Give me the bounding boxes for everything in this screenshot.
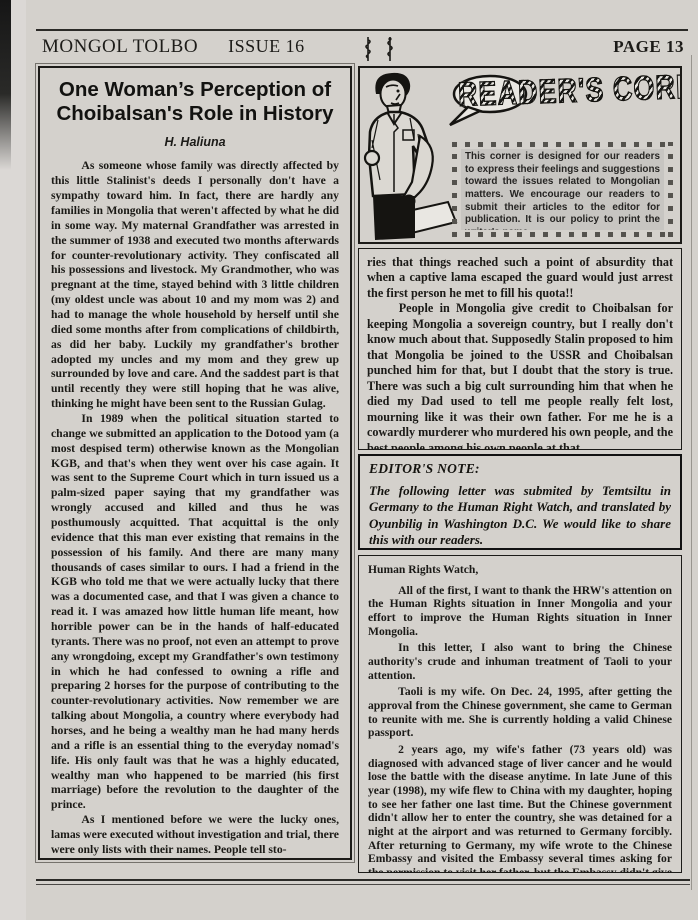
editors-note-body: The following letter was submited by Tem… (369, 483, 671, 549)
letter-salutation: Human Rights Watch, (368, 563, 672, 577)
mongolian-script-icon (363, 36, 395, 62)
letter-paragraph: In this letter, I also want to bring the… (368, 641, 672, 682)
issue-number: ISSUE 16 (228, 36, 305, 57)
left-article-box: One Woman’s Perception of Choibalsan's R… (38, 66, 352, 860)
readers-corner-blurb: This corner is designed for our readers … (461, 149, 664, 230)
article-title: One Woman’s Perception of Choibalsan's R… (55, 78, 335, 126)
masthead: MONGOL TOLBO ISSUE 16 PAGE 13 (42, 36, 684, 62)
editors-note-heading: EDITOR'S NOTE: (369, 461, 671, 477)
continuation-paragraph: ries that things reached such a point of… (367, 255, 673, 301)
header-rule (36, 29, 688, 31)
article-body: As someone whose family was directly aff… (51, 159, 339, 857)
squares-border-frame: This corner is designed for our readers … (452, 142, 673, 237)
newsletter-title: MONGOL TOLBO (42, 36, 198, 58)
footer-rule (36, 879, 690, 885)
letter-paragraph: All of the first, I want to thank the HR… (368, 584, 672, 639)
letter-box: Human Rights Watch, All of the first, I … (358, 555, 682, 873)
editors-note-box: EDITOR'S NOTE: The following letter was … (358, 454, 682, 550)
page-edge-line (691, 55, 692, 890)
article-paragraph: As someone whose family was directly aff… (51, 159, 339, 412)
page-number: PAGE 13 (613, 37, 684, 57)
article-paragraph: As I mentioned before we were the lucky … (51, 813, 339, 858)
readers-corner-title: READER'S CORNER (457, 68, 676, 114)
scan-edge-artifact (0, 0, 11, 170)
article-continuation-box: ries that things reached such a point of… (358, 248, 682, 450)
right-column: READER'S CORNER This corner is designed … (358, 66, 682, 873)
letter-paragraph: 2 years ago, my wife's father (73 years … (368, 743, 672, 873)
article-paragraph: In 1989 when the political situation sta… (51, 412, 339, 813)
continuation-paragraph: People in Mongolia give credit to Choiba… (367, 301, 673, 450)
letter-paragraph: Taoli is my wife. On Dec. 24, 1995, afte… (368, 685, 672, 740)
article-byline: H. Haliuna (51, 135, 339, 149)
readers-corner-box: READER'S CORNER This corner is designed … (358, 66, 682, 244)
